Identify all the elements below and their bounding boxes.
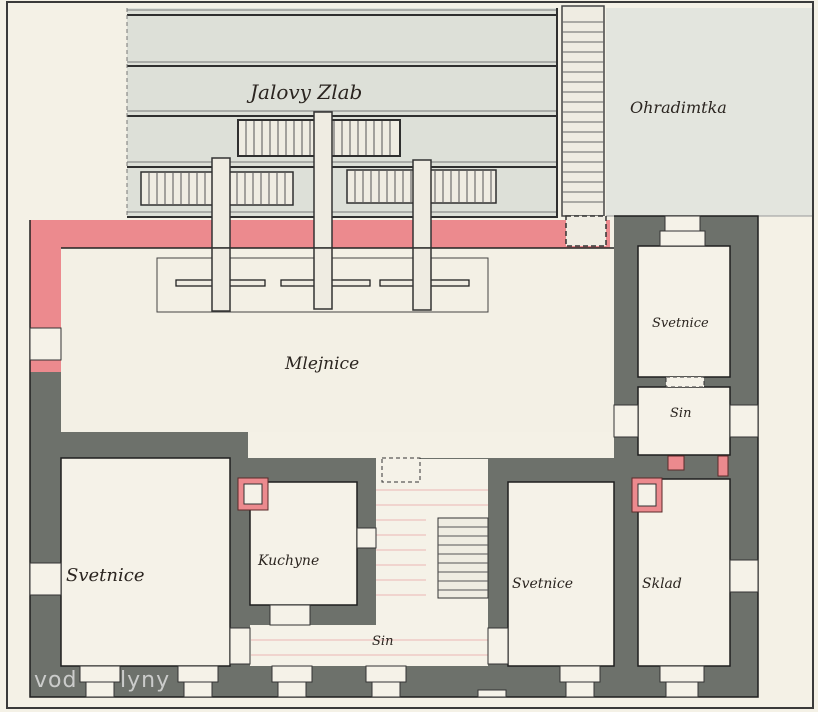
label-hall-center: Sin	[372, 634, 393, 649]
label-room-center-right: Svetnice	[512, 576, 573, 592]
label-outside-area: Ohradimtka	[630, 98, 727, 117]
watermark-left: vod	[34, 668, 77, 693]
label-kitchen: Kuchyne	[258, 553, 319, 569]
watermark-right: lyny	[120, 668, 170, 693]
label-room-bottom-right: Sklad	[642, 576, 682, 592]
label-water-channel: Jalovy Zlab	[250, 80, 362, 104]
label-mill-room: Mlejnice	[285, 354, 359, 374]
label-hall-right: Sin	[670, 406, 691, 421]
label-room-left: Svetnice	[66, 565, 144, 586]
label-room-top-right: Svetnice	[652, 316, 709, 331]
